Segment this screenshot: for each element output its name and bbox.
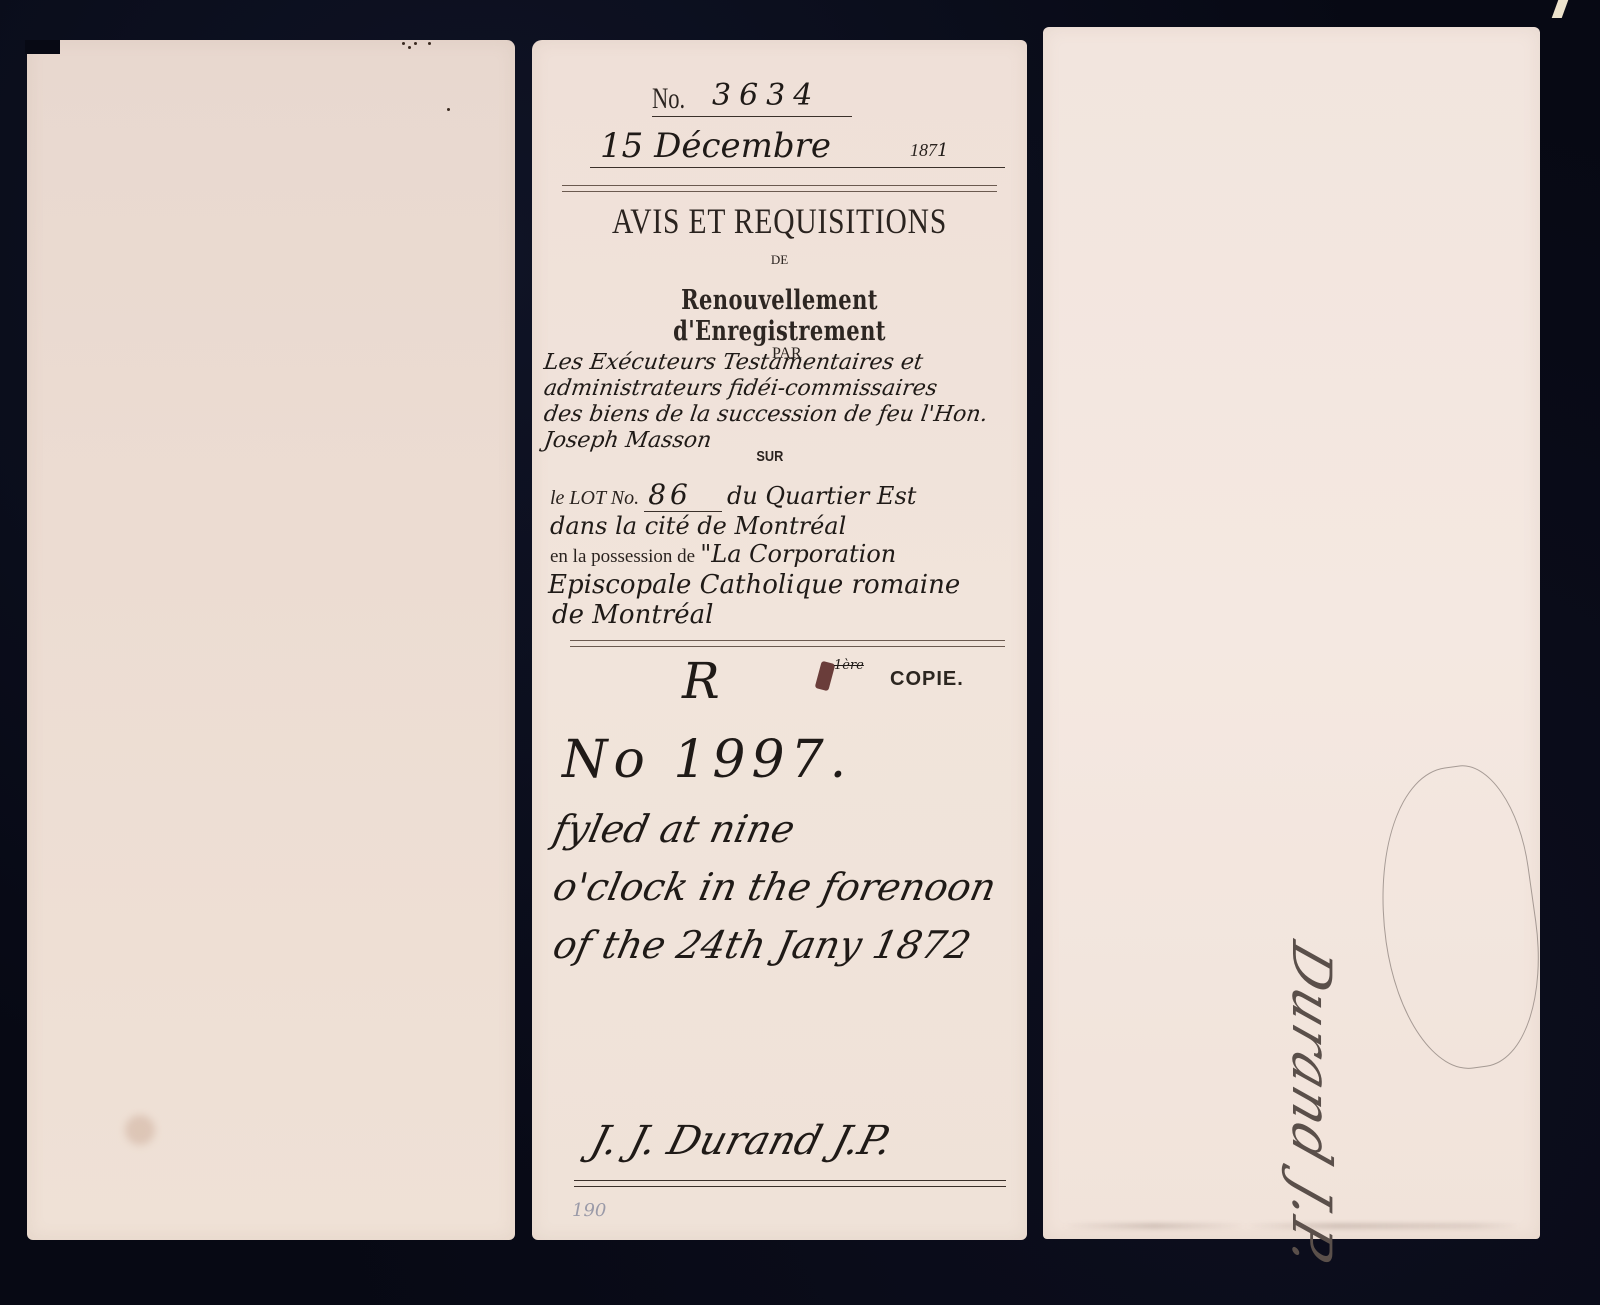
city-line: dans la cité de Montréal [550,512,846,540]
filing-note: fyled at nine o'clock in the forenoon of… [554,800,995,974]
filing-line: o'clock in the forenoon [548,858,1002,916]
copie-ordinal: 1ère [834,658,864,673]
possession-field: en la possession de "La Corporation [550,540,896,568]
registration-number: No 1997. [562,730,852,790]
registration-mark: R [682,652,720,710]
signature-line [574,1180,1006,1187]
left-page [27,40,515,1240]
ink-stroke-mark [815,661,836,692]
possession-value: "La Corporation [700,540,896,568]
copie-label: COPIE. [890,668,964,691]
ink-speck [447,108,450,111]
executors-line: administrateurs fidéi-commissaires [542,376,1021,402]
title-connector: DE [532,252,1027,268]
date-field: 15 Décembre 1871 [590,128,1005,168]
lot-value: 86 [644,478,722,512]
document-number-value: 3634 [712,78,820,113]
document-number-label: No. [652,82,685,116]
lot-quarter: du Quartier Est [727,482,916,510]
date-underline [590,167,1005,168]
possession-line: Episcopale Catholique romaine [548,570,960,600]
date-year-handwritten: 1 [937,140,948,161]
signature: J. J. Durand J.P. [586,1118,897,1164]
paper-stain [125,1115,155,1145]
right-page: Durand J.P. [1043,27,1540,1239]
date-year: 1871 [910,140,948,161]
executors-line: des biens de la succession de feu l'Hon. [542,402,1021,428]
document-title: AVIS ET REQUISITIONS [577,200,983,242]
filing-line: of the 24th Jany 1872 [548,916,1002,974]
section-divider [570,640,1005,647]
paper-fold-shadow [1063,1223,1520,1229]
lot-field: le LOT No. 86 du Quartier Est [550,478,1020,511]
middle-page-document: No. 3634 15 Décembre 1871 AVIS ET REQUIS… [532,40,1027,1240]
date-year-printed: 187 [910,140,937,160]
lot-label: le LOT No. [550,487,639,509]
document-number-field: No. 3634 [652,82,852,117]
date-value: 15 Décembre [600,126,831,166]
sur-label: SUR [756,448,783,465]
possession-label: en la possession de [550,546,695,567]
possession-line: de Montréal [552,600,713,630]
signature-flourish [1363,758,1556,1078]
ink-specks [402,42,422,52]
executors-line: Les Exécuteurs Testamentaires et [542,350,1021,376]
header-divider [562,185,997,192]
pencil-note: 190 [572,1200,606,1221]
filing-line: fyled at nine [548,800,1002,858]
executors-text: Les Exécuteurs Testamentaires et adminis… [544,350,1019,454]
document-subtitle: Renouvellement d'Enregistrement [586,285,972,347]
